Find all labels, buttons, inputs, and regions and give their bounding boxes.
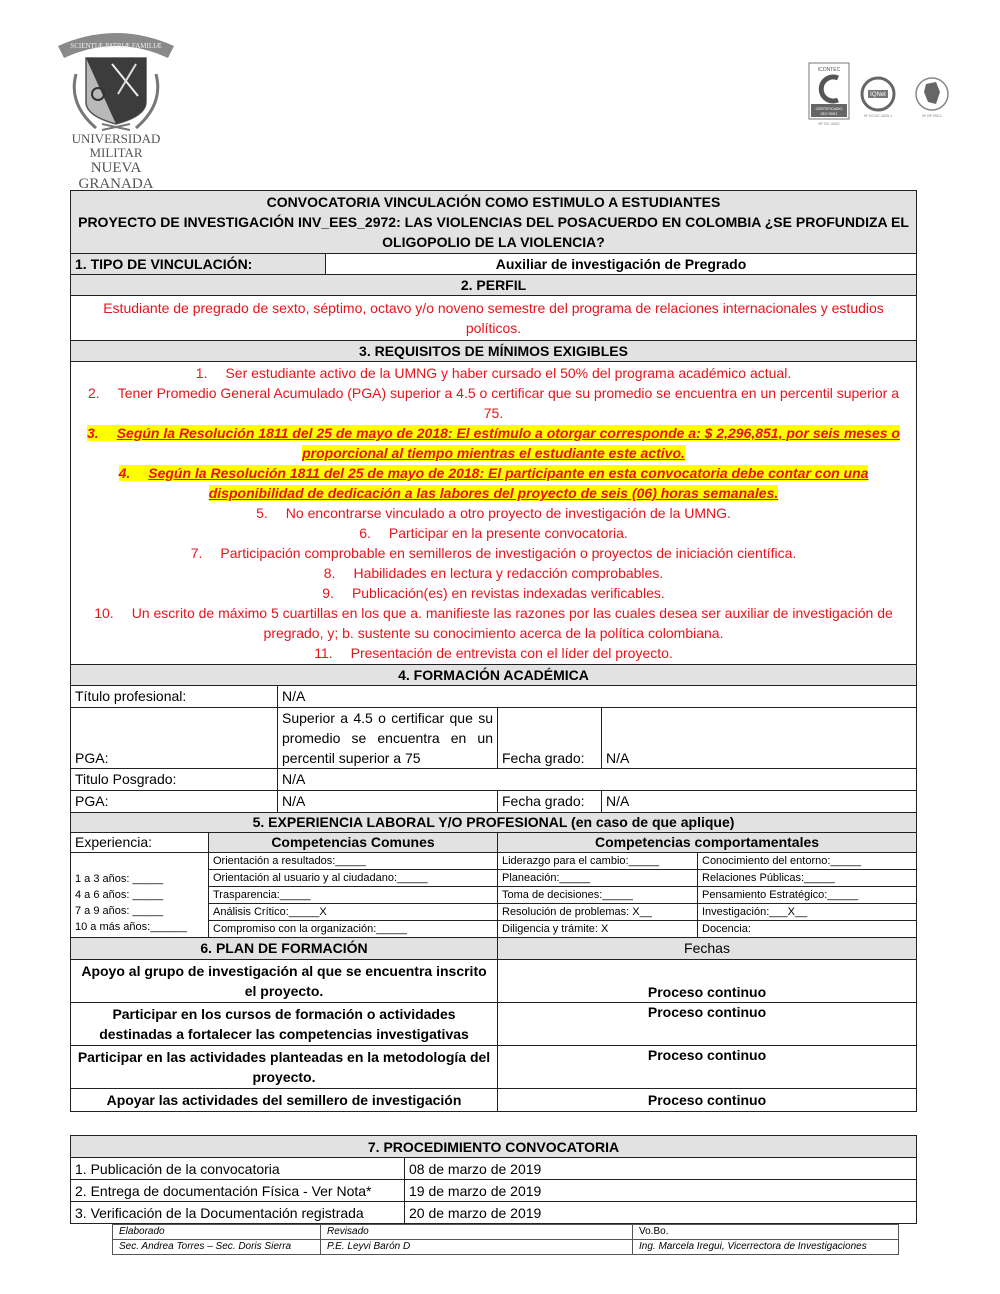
requisito-item: 6.Participar en la presente convocatoria… xyxy=(81,523,906,543)
requisito-number: 4. xyxy=(119,463,131,483)
procedimiento-step: 3. Verificación de la Documentación regi… xyxy=(71,1202,405,1224)
procedimiento-date: 20 de marzo de 2019 xyxy=(405,1202,917,1224)
university-logo: SCIENTIÆ PATRIÆ FAMILIÆ UNIVERSIDAD MILI… xyxy=(52,24,180,164)
svg-text:ISO 9001: ISO 9001 xyxy=(821,111,839,116)
svg-text:ICONTEC: ICONTEC xyxy=(818,67,841,73)
requisito-text: Ser estudiante activo de la UMNG y haber… xyxy=(225,365,791,381)
experiencia-rango: 7 a 9 años: _____ xyxy=(75,903,204,919)
requisito-item: 4.Según la Resolución 1811 del 25 de may… xyxy=(81,463,906,503)
requisito-text: Publicación(es) en revistas indexadas ve… xyxy=(352,585,665,601)
competencia-comun: Compromiso con la organización:_____ xyxy=(209,921,498,938)
competencia-comportamental: Docencia: xyxy=(698,921,917,938)
pga-value: Superior a 4.5 o certificar que su prome… xyxy=(278,708,498,769)
footer-vobo-value: Ing. Marcela Iregui, Vicerrectora de Inv… xyxy=(633,1240,899,1255)
procedimiento-step: 1. Publicación de la convocatoria xyxy=(71,1158,405,1180)
requisito-text: Participación comprobable en semilleros … xyxy=(220,545,796,561)
requisito-text: Según la Resolución 1811 del 25 de mayo … xyxy=(148,465,868,501)
fecha-grado-posgrado-label: Fecha grado: xyxy=(498,791,602,813)
requisito-text: No encontrarse vinculado a otro proyecto… xyxy=(286,505,731,521)
procedimiento-step: 2. Entrega de documentación Física - Ver… xyxy=(71,1180,405,1202)
requisito-item: 7.Participación comprobable en semillero… xyxy=(81,543,906,563)
footer-elaborado-value: Sec. Andrea Torres – Sec. Doris Sierra xyxy=(113,1240,321,1255)
competencia-comportamental: Planeación:_____ xyxy=(498,870,698,887)
formacion-heading: 4. FORMACIÓN ACADÉMICA xyxy=(71,665,917,686)
requisito-text: Presentación de entrevista con el líder … xyxy=(351,645,673,661)
titulo-posgrado-label: Titulo Posgrado: xyxy=(71,769,278,791)
titulo-profesional-label: Título profesional: xyxy=(71,686,278,708)
titulo-posgrado-value: N/A xyxy=(278,769,917,791)
plan-row: Apoyar las actividades del semillero de … xyxy=(71,1089,917,1112)
experiencia-heading: 5. EXPERIENCIA LABORAL Y/O PROFESIONAL (… xyxy=(71,813,917,833)
requisito-item: 3.Según la Resolución 1811 del 25 de may… xyxy=(81,423,906,463)
requisito-item: 10.Un escrito de máximo 5 cuartillas en … xyxy=(81,603,906,643)
title-line1: CONVOCATORIA VINCULACIÓN COMO ESTIMULO A… xyxy=(77,192,910,212)
tipo-vinculacion-label: 1. TIPO DE VINCULACIÓN: xyxy=(71,254,326,275)
fecha-grado-label: Fecha grado: xyxy=(498,708,602,769)
requisito-item: 11.Presentación de entrevista con el líd… xyxy=(81,643,906,663)
competencia-comportamental: Toma de decisiones:_____ xyxy=(498,887,698,904)
competencia-comportamental: Conocimiento del entorno:_____ xyxy=(698,853,917,870)
plan-activity: Apoyar las actividades del semillero de … xyxy=(71,1089,498,1112)
svg-text:Nº SC 4420: Nº SC 4420 xyxy=(818,121,840,126)
competencia-comun: Trasparencia:_____ xyxy=(209,887,498,904)
requisito-item: 2.Tener Promedio General Acumulado (PGA)… xyxy=(81,383,906,423)
competencia-comportamental: Resolución de problemas: X__ xyxy=(498,904,698,921)
svg-text:IQNet: IQNet xyxy=(870,92,886,98)
tipo-vinculacion-value: Auxiliar de investigación de Pregrado xyxy=(326,254,917,275)
plan-activity: Participar en las actividades planteadas… xyxy=(71,1046,498,1089)
experiencia-rango: 10 a más años:______ xyxy=(75,919,204,935)
plan-row: Apoyo al grupo de investigación al que s… xyxy=(71,960,917,1003)
experiencia-rango: 4 a 6 años: _____ xyxy=(75,887,204,903)
title-line2: PROYECTO DE INVESTIGACIÓN INV_EES_2972: … xyxy=(77,212,910,252)
plan-activity: Participar en los cursos de formación o … xyxy=(71,1003,498,1046)
plan-heading: 6. PLAN DE FORMACIÓN xyxy=(71,938,498,960)
document-title: CONVOCATORIA VINCULACIÓN COMO ESTIMULO A… xyxy=(71,191,917,254)
procedimiento-heading: 7. PROCEDIMIENTO CONVOCATORIA xyxy=(71,1136,917,1158)
motto-text: SCIENTIÆ PATRIÆ FAMILIÆ xyxy=(70,42,161,50)
requisito-text: Habilidades en lectura y redacción compr… xyxy=(353,565,663,581)
competencia-comun: Análisis Crítico:_____X xyxy=(209,904,498,921)
requisito-number: 7. xyxy=(191,543,203,563)
plan-date: Proceso continuo xyxy=(498,1089,917,1112)
competencia-comportamental: Liderazgo para el cambio:_____ xyxy=(498,853,698,870)
perfil-heading: 2. PERFIL xyxy=(71,275,917,296)
competencias-comportamentales-heading: Competencias comportamentales xyxy=(498,833,917,853)
experiencia-rango: 1 a 3 años: _____ xyxy=(75,871,204,887)
requisito-number: 1. xyxy=(196,363,208,383)
experiencia-rangos: 1 a 3 años: _____4 a 6 años: _____7 a 9 … xyxy=(71,853,209,938)
requisito-text: Tener Promedio General Acumulado (PGA) s… xyxy=(118,385,899,421)
fecha-grado-posgrado-value: N/A xyxy=(602,791,917,813)
competencia-comportamental: Diligencia y trámite: X xyxy=(498,921,698,938)
procedimiento-date: 19 de marzo de 2019 xyxy=(405,1180,917,1202)
requisito-number: 6. xyxy=(359,523,371,543)
pga-posgrado-label: PGA: xyxy=(71,791,278,813)
requisito-number: 8. xyxy=(324,563,336,583)
competencia-comportamental: Pensamiento Estratégico:_____ xyxy=(698,887,917,904)
requisito-number: 11. xyxy=(314,643,332,663)
procedimiento-table: 7. PROCEDIMIENTO CONVOCATORIA 1. Publica… xyxy=(70,1135,917,1224)
requisito-text: Según la Resolución 1811 del 25 de mayo … xyxy=(117,425,900,461)
fechas-heading: Fechas xyxy=(498,938,917,960)
plan-date: Proceso continuo xyxy=(498,1046,917,1089)
requisito-text: Un escrito de máximo 5 cuartillas en los… xyxy=(132,605,893,641)
convocatoria-form: CONVOCATORIA VINCULACIÓN COMO ESTIMULO A… xyxy=(70,190,917,1112)
competencia-comun: Orientación a resultados:_____ xyxy=(209,853,498,870)
requisito-number: 10. xyxy=(94,603,113,623)
competencia-comportamental: Relaciones Públicas:_____ xyxy=(698,870,917,887)
requisitos-list: 1.Ser estudiante activo de la UMNG y hab… xyxy=(71,362,917,665)
icontec-certification-icon: ICONTEC CERTIFICADO ISO 9001 Nº SC 4420 xyxy=(809,63,849,126)
requisito-item: 1.Ser estudiante activo de la UMNG y hab… xyxy=(81,363,906,383)
requisito-item: 8.Habilidades en lectura y redacción com… xyxy=(81,563,906,583)
pga-posgrado-value: N/A xyxy=(278,791,498,813)
plan-date: Proceso continuo xyxy=(498,960,917,1003)
signature-table: Elaborado Revisado Vo.Bo. Sec. Andrea To… xyxy=(112,1224,899,1255)
procedimiento-row: 2. Entrega de documentación Física - Ver… xyxy=(71,1180,917,1202)
procedimiento-row: 1. Publicación de la convocatoria08 de m… xyxy=(71,1158,917,1180)
requisito-item: 9.Publicación(es) en revistas indexadas … xyxy=(81,583,906,603)
competencia-comun: Orientación al usuario y al ciudadano:__… xyxy=(209,870,498,887)
svg-text:Nº GP 093-1: Nº GP 093-1 xyxy=(922,114,942,118)
requisito-item: 5.No encontrarse vinculado a otro proyec… xyxy=(81,503,906,523)
requisito-number: 9. xyxy=(322,583,334,603)
university-name-line1: UNIVERSIDAD MILITAR xyxy=(52,132,180,160)
titulo-profesional-value: N/A xyxy=(278,686,917,708)
footer-vobo-label: Vo.Bo. xyxy=(633,1225,899,1240)
perfil-text: Estudiante de pregrado de sexto, séptimo… xyxy=(71,296,917,341)
fecha-grado-value: N/A xyxy=(602,708,917,769)
requisitos-heading: 3. REQUISITOS DE MÍNIMOS EXIGIBLES xyxy=(71,341,917,362)
requisito-number: 3. xyxy=(87,423,99,443)
footer-elaborado-label: Elaborado xyxy=(113,1225,321,1240)
plan-row: Participar en las actividades planteadas… xyxy=(71,1046,917,1089)
plan-row: Participar en los cursos de formación o … xyxy=(71,1003,917,1046)
procedimiento-date: 08 de marzo de 2019 xyxy=(405,1158,917,1180)
certification-logos: ICONTEC CERTIFICADO ISO 9001 Nº SC 4420 … xyxy=(808,62,956,128)
procedimiento-row: 3. Verificación de la Documentación regi… xyxy=(71,1202,917,1224)
iqnet-certification-icon: IQNet Nº CO-SC-4420-1 xyxy=(862,78,894,118)
requisito-number: 5. xyxy=(256,503,268,523)
footer-revisado-value: P.E. Leyvi Barón D xyxy=(321,1240,633,1255)
competencia-row: 1 a 3 años: _____4 a 6 años: _____7 a 9 … xyxy=(71,853,917,870)
experiencia-label: Experiencia: xyxy=(71,833,209,853)
pga-label: PGA: xyxy=(71,708,278,769)
competencias-comunes-heading: Competencias Comunes xyxy=(209,833,498,853)
plan-activity: Apoyo al grupo de investigación al que s… xyxy=(71,960,498,1003)
requisito-number: 2. xyxy=(88,383,100,403)
university-name-line2: NUEVA GRANADA xyxy=(52,160,180,192)
colombia-certification-icon: Nº GP 093-1 xyxy=(916,78,948,118)
plan-date: Proceso continuo xyxy=(498,1003,917,1046)
svg-text:Nº CO-SC-4420-1: Nº CO-SC-4420-1 xyxy=(864,114,892,118)
requisito-text: Participar en la presente convocatoria. xyxy=(389,525,628,541)
footer-revisado-label: Revisado xyxy=(321,1225,633,1240)
competencia-comportamental: Investigación:___X__ xyxy=(698,904,917,921)
